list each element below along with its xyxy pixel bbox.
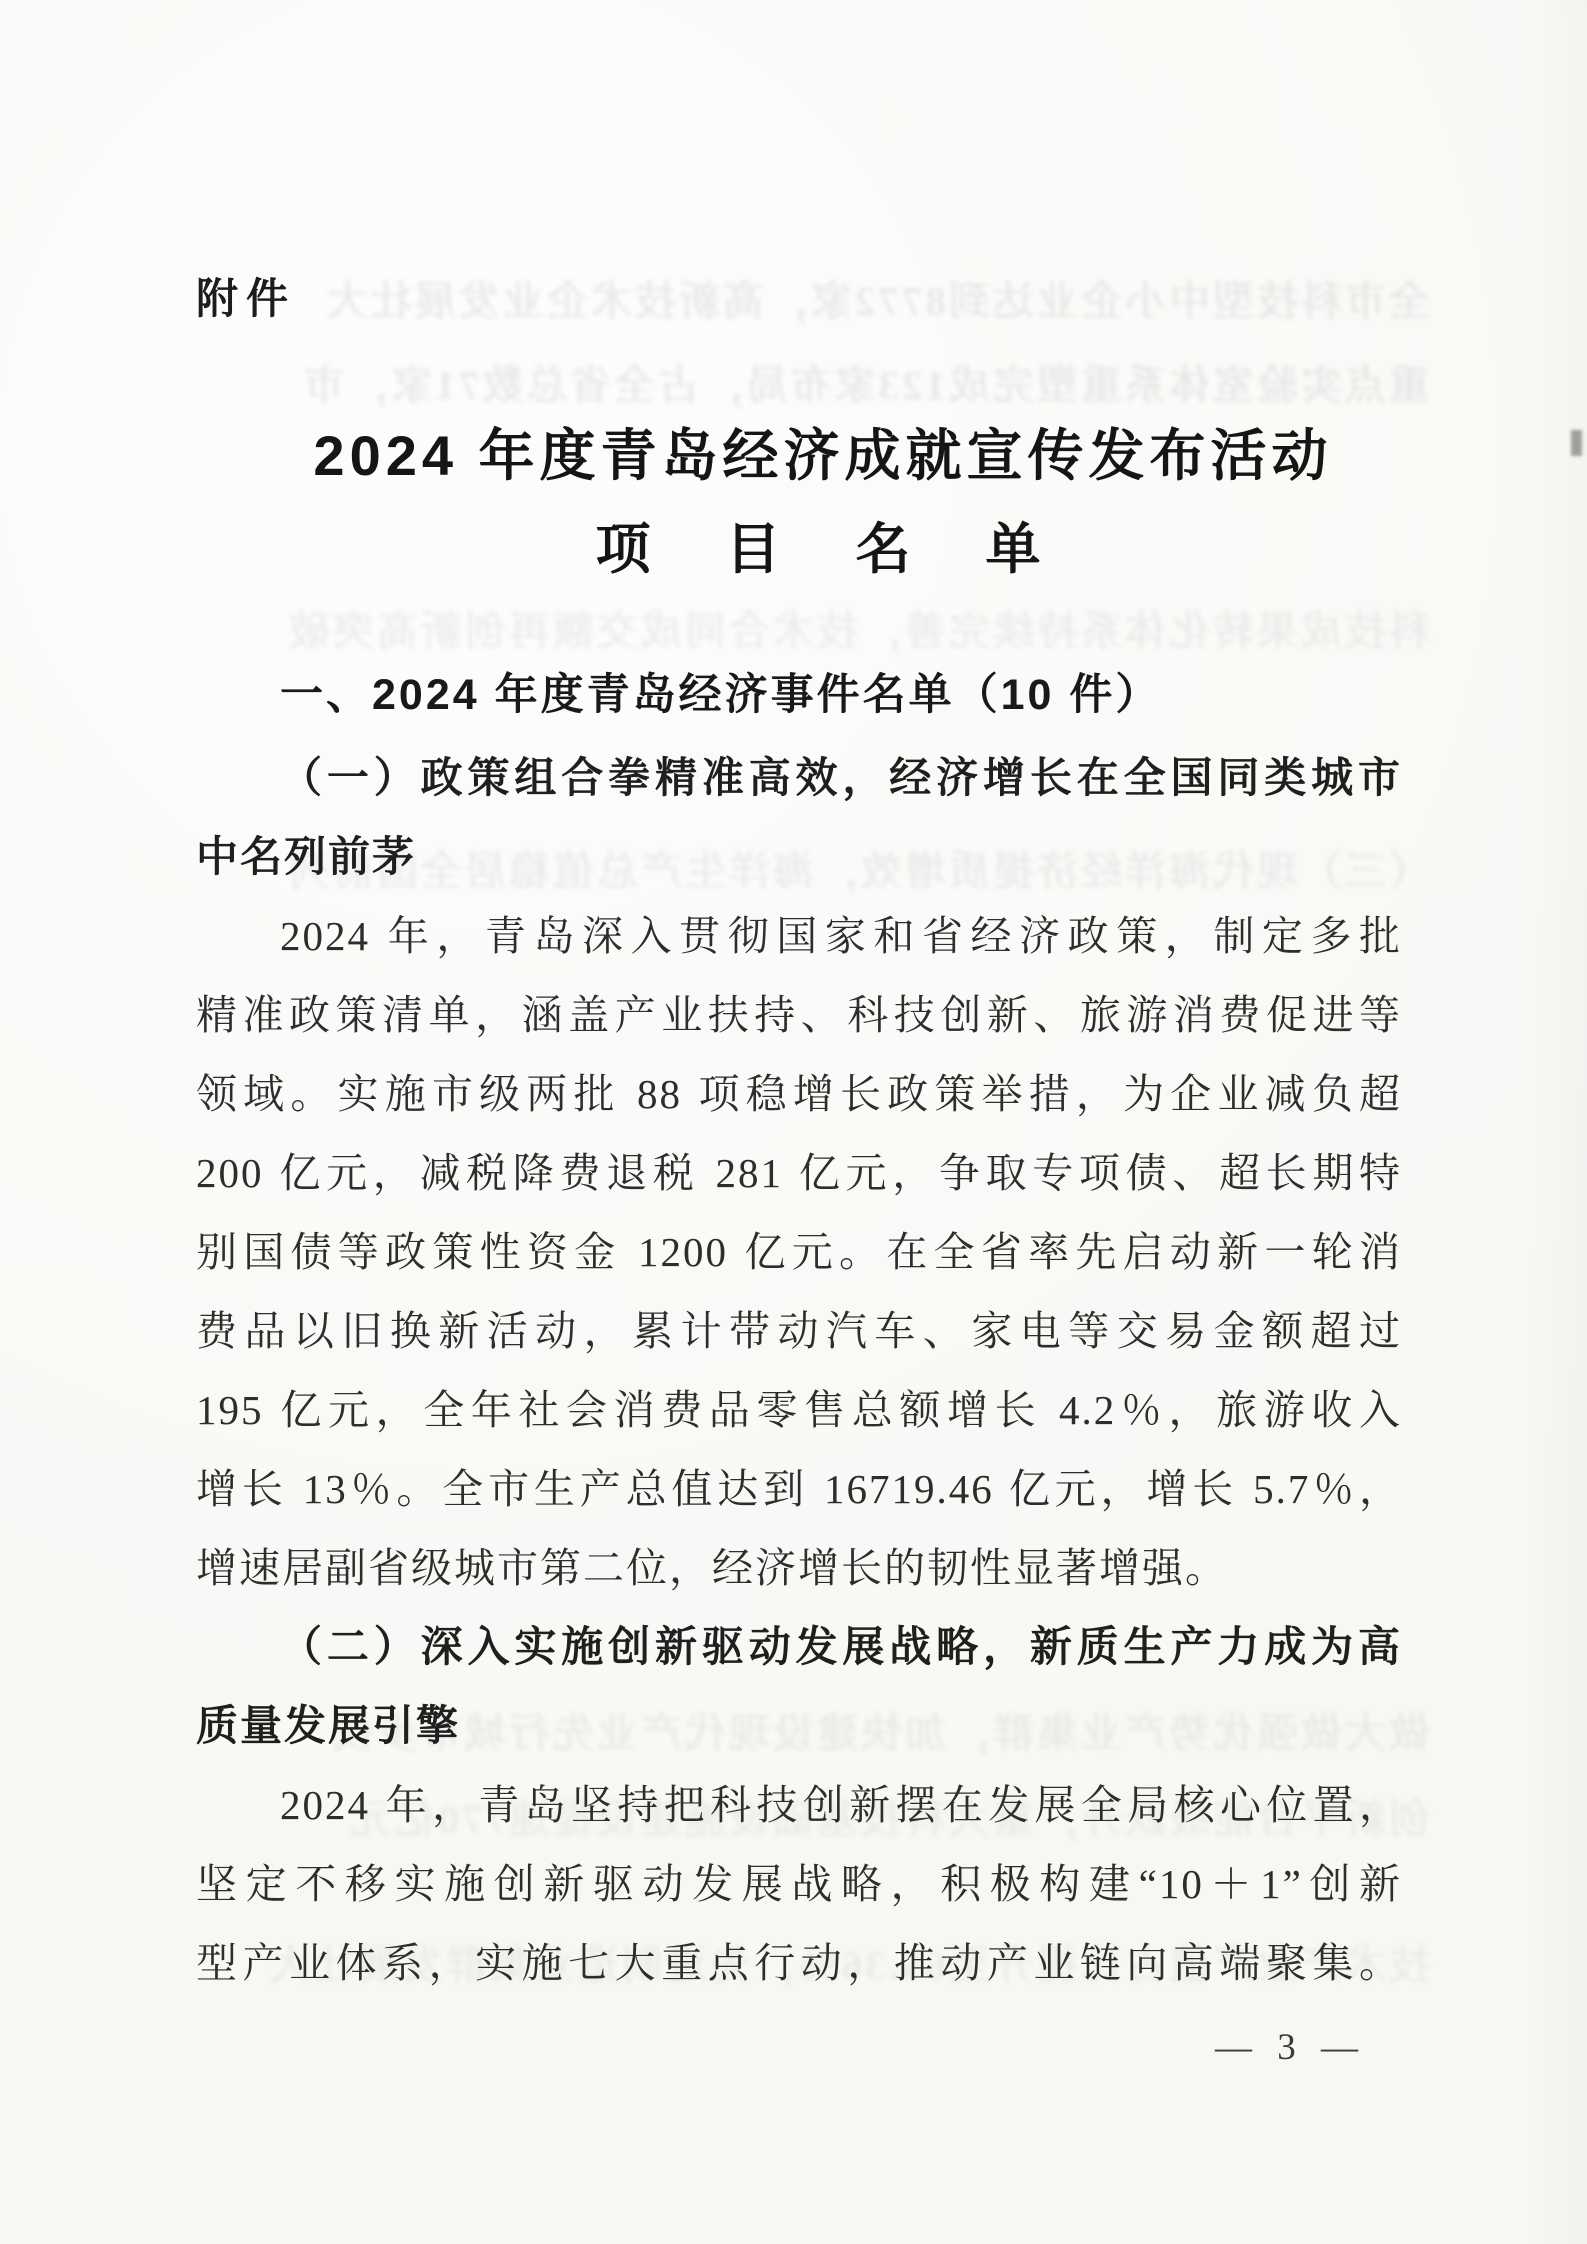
- body-line: 型产业体系，实施七大重点行动，推动产业链向高端聚集。: [196, 1939, 1402, 1988]
- body-line: 领域。实施市级两批 88 项稳增长政策举措，为企业减负超: [196, 1070, 1402, 1119]
- attachment-label: 附件: [196, 274, 1402, 324]
- body-line: 200 亿元，减税降费退税 281 亿元，争取专项债、超长期特: [196, 1149, 1402, 1198]
- body-line: 195 亿元，全年社会消费品零售总额增长 4.2％，旅游收入: [196, 1386, 1402, 1435]
- body-line: 2024 年，青岛坚持把科技创新摆在发展全局核心位置，: [196, 1781, 1402, 1830]
- body-line: 精准政策清单，涵盖产业扶持、科技创新、旅游消费促进等: [196, 991, 1402, 1040]
- subsection-heading-cont: 中名列前茅: [196, 833, 1402, 883]
- body-line: 增长 13％。全市生产总值达到 16719.46 亿元，增长 5.7％，: [196, 1465, 1402, 1514]
- body-line: 坚定不移实施创新驱动发展战略，积极构建“10＋1”创新: [196, 1860, 1402, 1909]
- document-title-line2: 项 目 名 单: [220, 516, 1426, 582]
- body-line: 费品以旧换新活动，累计带动汽车、家电等交易金额超过: [196, 1307, 1402, 1356]
- body-line: 增速居副省级城市第二位，经济增长的韧性显著增强。: [196, 1544, 1402, 1593]
- subsection-heading: （一）政策组合拳精准高效，经济增长在全国同类城市: [196, 754, 1402, 804]
- body-line: 别国债等政策性资金 1200 亿元。在全省率先启动新一轮消: [196, 1228, 1402, 1277]
- scan-edge-smudge: [1571, 430, 1582, 456]
- scanned-document-page: 全市科技型中小企业达到8772家，高新技术企业发展壮大 重点实验室体系重塑完成1…: [0, 0, 1587, 2244]
- subsection-heading: （二）深入实施创新驱动发展战略，新质生产力成为高: [196, 1623, 1402, 1673]
- bleedthrough-line: 科技成果转化体系持续完善，技术合同成交额再创新高突破: [170, 598, 1430, 657]
- document-title-line1: 2024 年度青岛经济成就宣传发布活动: [220, 422, 1426, 489]
- body-line: 2024 年，青岛深入贯彻国家和省经济政策，制定多批: [196, 912, 1402, 961]
- section-heading: 一、2024 年度青岛经济事件名单（10 件）: [196, 670, 1402, 722]
- bleedthrough-line: 重点实验室体系重塑完成123家布局，占全省总数71家，市: [170, 352, 1430, 411]
- page-number: — 3 —: [196, 2026, 1402, 2069]
- subsection-heading-cont: 质量发展引擎: [196, 1702, 1402, 1752]
